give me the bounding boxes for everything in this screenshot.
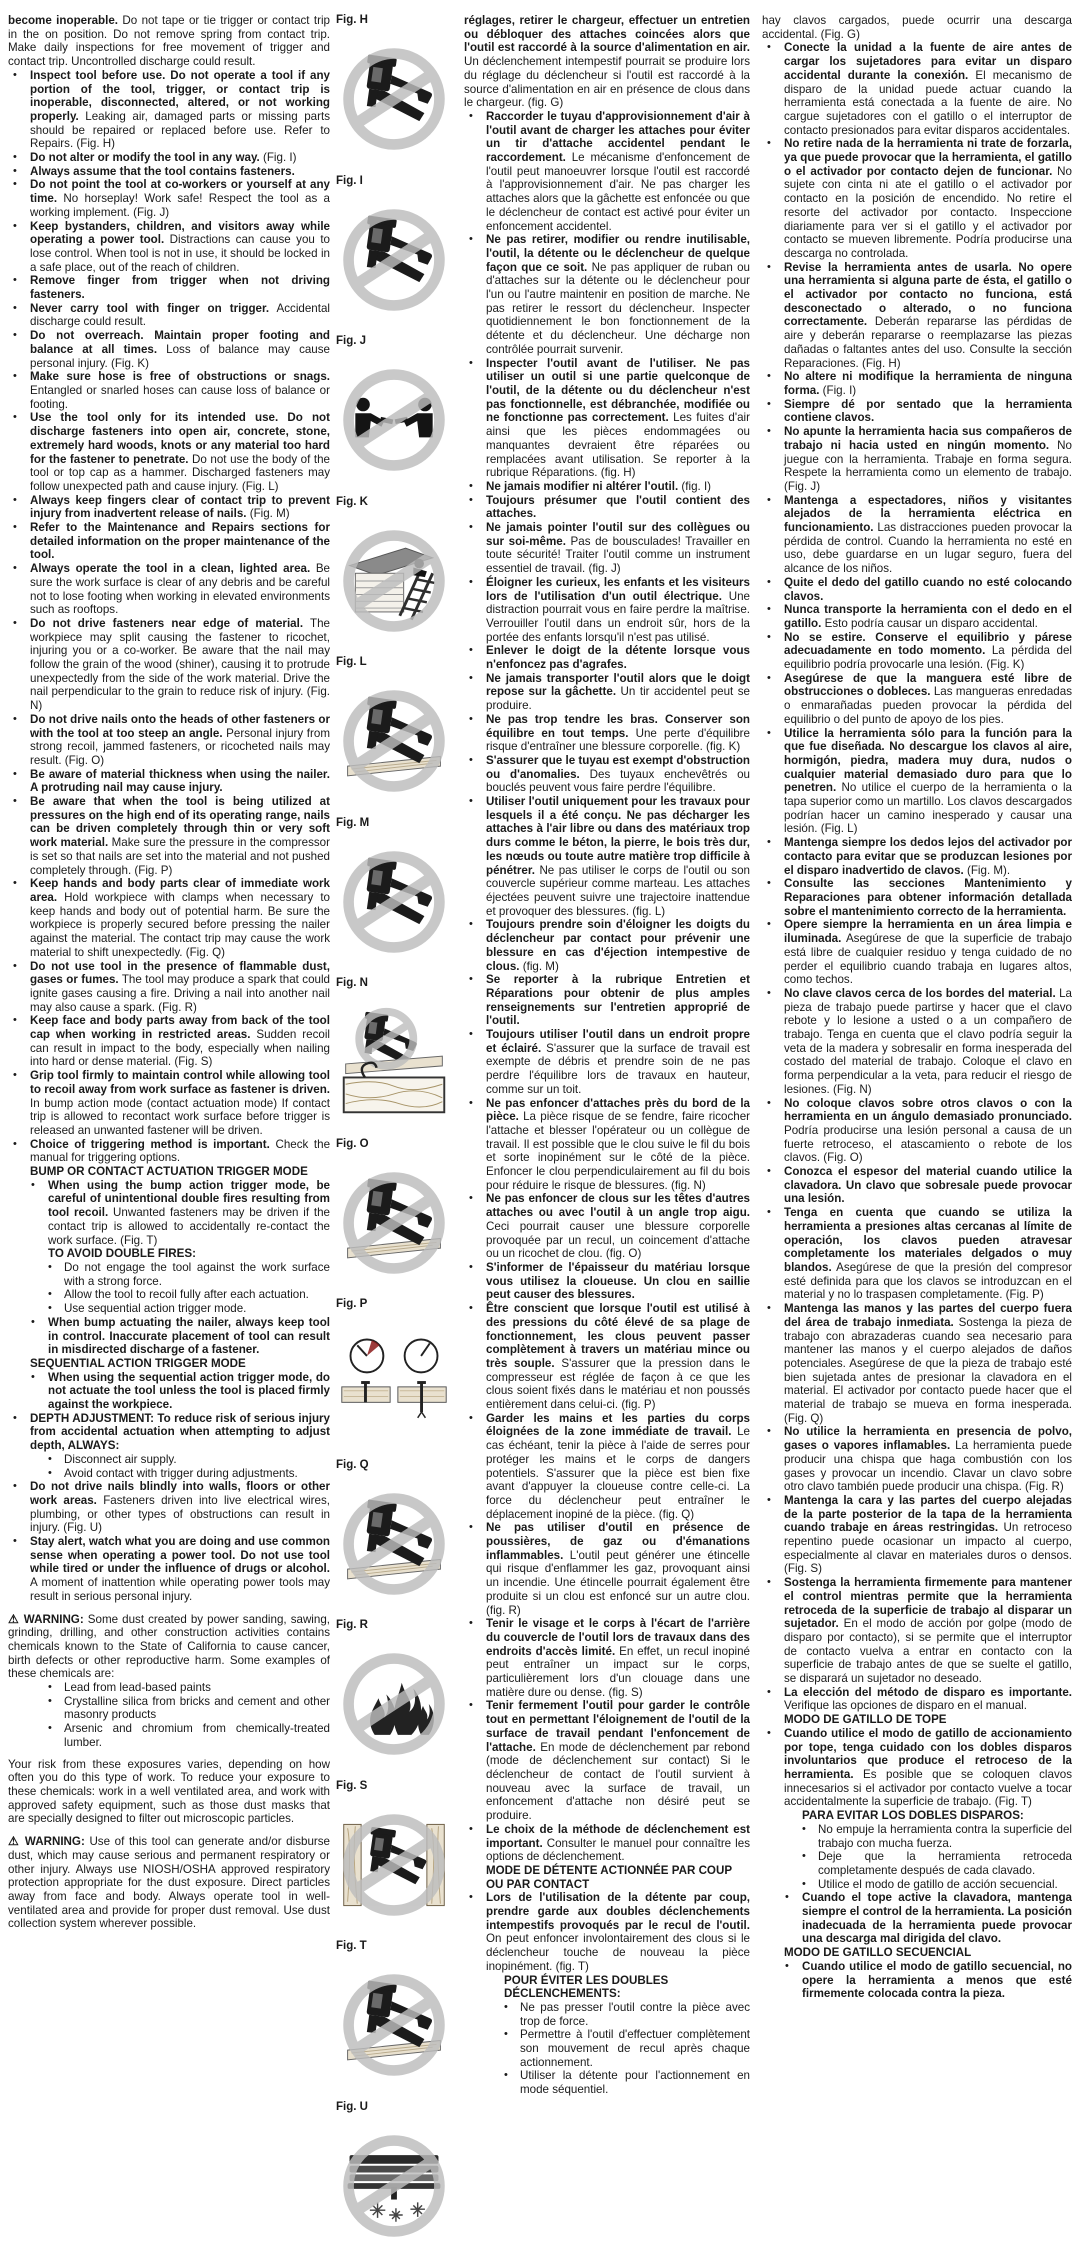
figure-label: Fig. Q (336, 1459, 452, 1472)
list-item: •Opere siempre la herramienta en un área… (762, 918, 1072, 987)
bullet-marker: • (767, 1302, 771, 1316)
lead-bold-text: Consulte las secciones Mantenimiento y R… (784, 877, 1072, 917)
bullet-marker: • (504, 2069, 508, 2083)
lead-bold-text: Quite el dedo del gatillo cuando no esté… (784, 576, 1072, 603)
bullet-marker: • (767, 494, 771, 508)
lead-bold-text: Nunca transporte la herramienta con el d… (784, 603, 1072, 630)
bullet-marker: • (504, 2028, 508, 2042)
bullet-marker: • (13, 69, 17, 83)
list-item: •Toujours présumer que l'outil contient … (464, 494, 750, 521)
blinds-illustration-icon (336, 2116, 452, 2256)
bullet-marker: • (13, 178, 17, 192)
sub-sub-list-item: •Crystalline silica from bricks and ceme… (8, 1695, 330, 1722)
sub-sub-list-item: •Allow the tool to recoil fully after ea… (8, 1288, 330, 1302)
lead-bold-text: Stay alert, watch what you are doing and… (30, 1535, 330, 1575)
bullet-marker: • (767, 1165, 771, 1179)
figure-label: Fig. P (336, 1298, 452, 1311)
bullet-marker: • (13, 617, 17, 631)
sub-sub-list-item: •Arsenic and chromium from chemically-tr… (8, 1722, 330, 1749)
lead-bold-text: Remove finger from trigger when not driv… (30, 274, 330, 301)
bullet-marker: • (469, 1097, 473, 1111)
continued-paragraph: réglages, retirer le chargeur, effectuer… (464, 14, 750, 110)
bullet-marker: • (469, 1891, 473, 1905)
lead-bold-text: Raccorder le tuyau d'approvisionnement d… (486, 110, 750, 164)
bullet-marker: • (48, 1695, 52, 1709)
list-item: •Nunca transporte la herramienta con el … (762, 603, 1072, 630)
sub-sub-list-item: •Utiliser la détente pour l'actionnement… (464, 2069, 750, 2096)
lead-bold-text: POUR ÉVITER LES DOUBLES DÉCLENCHEMENTS: (504, 1974, 668, 2001)
list-item: •Se reporter à la rubrique Entretien et … (464, 973, 750, 1028)
bullet-marker: • (802, 1850, 806, 1864)
list-item: •Ne pas utiliser d'outil en présence de … (464, 1521, 750, 1617)
list-item: •Mantenga la cara y las partes del cuerp… (762, 1494, 1072, 1576)
bullet-marker: • (13, 165, 17, 179)
lead-bold-text: WARNING: (24, 1613, 84, 1626)
lead-bold-text: SEQUENTIAL ACTION TRIGGER MODE (30, 1357, 246, 1370)
sub-list-item: •Cuando utilice el modo de gatillo secue… (762, 1960, 1072, 2001)
bullet-marker: • (767, 1097, 771, 1111)
figure-label: Fig. K (336, 496, 452, 509)
lead-bold-text: Ne pas enfoncer de clous sur les têtes d… (486, 1192, 750, 1219)
list-item: •Conozca el espesor del material cuando … (762, 1165, 1072, 1206)
list-item: •Be aware that when the tool is being ut… (8, 795, 330, 877)
bullet-marker: • (469, 1412, 473, 1426)
lead-bold-text: No se estire. Conserve el equilibrio y p… (784, 631, 1072, 658)
lead-bold-text: Ne pas enfoncer d'attaches près du bord … (486, 1097, 750, 1124)
bullet-marker: • (13, 302, 17, 316)
list-item: •Do not use tool in the presence of flam… (8, 960, 330, 1015)
lead-bold-text: Do not alter or modify the tool in any w… (30, 151, 260, 164)
list-item: •No clave clavos cerca de los bordes del… (762, 987, 1072, 1097)
lead-bold-text: Ne pas retirer, modifier ou rendre inuti… (486, 233, 750, 273)
lead-bold-text: Mantenga la cara y las partes del cuerpo… (784, 1494, 1072, 1534)
lead-bold-text: Tenga en cuenta que cuando se utiliza la… (784, 1206, 1072, 1274)
lead-bold-text: Mantenga siempre los dedos lejos del act… (784, 836, 1072, 876)
lead-bold-text: Éloigner les curieux, les enfants et les… (486, 576, 750, 603)
people-illustration-icon (336, 350, 452, 490)
bullet-marker: • (469, 110, 473, 124)
list-item: •Mantenga a espectadores, niños y visita… (762, 494, 1072, 576)
paragraph: Your risk from these exposures varies, d… (8, 1758, 330, 1827)
bullet-marker: • (469, 918, 473, 932)
lead-bold-text: DEPTH ADJUSTMENT: To reduce risk of seri… (30, 1412, 330, 1452)
list-item: •Always assume that the tool contains fa… (8, 165, 330, 179)
bullet-marker: • (31, 1371, 35, 1385)
bullet-marker: • (13, 713, 17, 727)
lead-bold-text: Sostenga la herramienta firmemente para … (784, 1576, 1072, 1630)
figure-label: Fig. U (336, 2101, 452, 2114)
bullet-marker: • (48, 1261, 52, 1275)
list-item: •La elección del método de disparo es im… (762, 1686, 1072, 1713)
warning-paragraph: ⚠ WARNING: Some dust created by power sa… (8, 1613, 330, 1682)
lead-bold-text: Cuando el tope active la clavadora, mant… (802, 1891, 1072, 1945)
lead-bold-text: Never carry tool with finger on trigger. (30, 302, 269, 315)
figure-i: Fig. I (336, 175, 452, 336)
bullet-marker: • (469, 1028, 473, 1042)
continued-paragraph: become inoperable. Do not tape or tie tr… (8, 14, 330, 69)
lead-bold-text: Do not drive fasteners near edge of mate… (30, 617, 303, 630)
figure-o: Fig. O (336, 1138, 452, 1299)
column-english: become inoperable. Do not tape or tie tr… (8, 14, 330, 2258)
bullet-marker: • (767, 398, 771, 412)
figure-j: Fig. J (336, 335, 452, 496)
lead-bold-text: MODO DE GATILLO SECUENCIAL (784, 1946, 971, 1959)
bullet-marker: • (13, 768, 17, 782)
lead-bold-text: Le choix de la méthode de déclenchement … (486, 1823, 750, 1850)
lead-bold-text: La elección del método de disparo es imp… (784, 1686, 1072, 1699)
lead-bold-text: Être conscient que lorsque l'outil est u… (486, 1302, 750, 1370)
figure-label: Fig. R (336, 1619, 452, 1632)
lead-bold-text: Revise la herramienta antes de usarla. N… (784, 261, 1072, 329)
bullet-marker: • (469, 1261, 473, 1275)
bullet-marker: • (48, 1302, 52, 1316)
bullet-marker: • (767, 425, 771, 439)
lead-bold-text: Siempre dé por sentado que la herramient… (784, 398, 1072, 425)
sub-list-item: •When using the sequential action trigge… (8, 1371, 330, 1412)
lead-bold-text: MODE DE DÉTENTE ACTIONNÉE PAR COUP OU PA… (486, 1864, 732, 1891)
lead-bold-text: Do not drive nails blindly into walls, f… (30, 1480, 330, 1507)
list-item: •Enlever le doigt de la détente lorsque … (464, 644, 750, 671)
lead-bold-text: Always keep fingers clear of contact tri… (30, 494, 330, 521)
bullet-marker: • (469, 1521, 473, 1535)
column-spanish: hay clavos cargados, puede ocurrir una d… (750, 14, 1072, 2258)
lead-bold-text: When using the sequential action trigger… (48, 1371, 330, 1411)
list-item: •Grip tool firmly to maintain control wh… (8, 1069, 330, 1138)
lead-bold-text: Enlever le doigt de la détente lorsque v… (486, 644, 750, 671)
bullet-marker: • (13, 877, 17, 891)
lead-bold-text: Grip tool firmly to maintain control whi… (30, 1069, 330, 1096)
column-figures: Fig. HFig. IFig. JFig. KFig. LFig. MFig.… (330, 14, 454, 2258)
lead-bold-text: S'informer de l'épaisseur du matériau lo… (486, 1261, 750, 1301)
list-item: •Always operate the tool in a clean, lig… (8, 562, 330, 617)
bullet-marker: • (504, 2001, 508, 2015)
figure-k: Fig. K (336, 496, 452, 657)
bullet-marker: • (469, 672, 473, 686)
bullet-marker: • (767, 370, 771, 384)
bullet-marker: • (469, 233, 473, 247)
warning-icon: ⚠ (8, 1612, 24, 1626)
lead-bold-text: Keep hands and body parts clear of immed… (30, 877, 330, 904)
bullet-marker: • (13, 411, 17, 425)
lead-bold-text: PARA EVITAR LOS DOBLES DISPAROS: (802, 1809, 1024, 1822)
figure-q: Fig. Q (336, 1459, 452, 1620)
lead-bold-text: Ne jamais modifier ni altérer l'outil. (486, 480, 678, 493)
lead-bold-text: S'assurer que le tuyau est exempt d'obst… (486, 754, 750, 781)
bullet-marker: • (767, 672, 771, 686)
lead-bold-text: No coloque clavos sobre otros clavos o c… (784, 1097, 1072, 1124)
lead-bold-text: Toujours prendre soin d'éloigner les doi… (486, 918, 750, 972)
nailer-board-illustration-icon (336, 1474, 452, 1614)
column-french: réglages, retirer le chargeur, effectuer… (454, 14, 750, 2258)
bullet-marker: • (469, 576, 473, 590)
lead-bold-text: Do not point the tool at co-workers or y… (30, 178, 330, 205)
section-heading: MODO DE GATILLO SECUENCIAL (762, 1946, 1072, 1960)
bullet-marker: • (469, 795, 473, 809)
house-illustration-icon (336, 511, 452, 651)
list-item: •Cuando utilice el modo de gatillo de ac… (762, 1727, 1072, 1809)
list-item: •Siempre dé por sentado que la herramien… (762, 398, 1072, 425)
lead-bold-text: Make sure hose is free of obstructions o… (30, 370, 330, 383)
bullet-marker: • (469, 973, 473, 987)
section-heading: MODE DE DÉTENTE ACTIONNÉE PAR COUP OU PA… (464, 1864, 750, 1891)
bullet-marker: • (13, 1138, 17, 1152)
bullet-marker: • (13, 274, 17, 288)
lead-bold-text: Choice of triggering method is important… (30, 1138, 270, 1151)
list-item: •Ne pas enfoncer d'attaches près du bord… (464, 1097, 750, 1193)
bullet-marker: • (767, 576, 771, 590)
list-item: •Consulte las secciones Mantenimiento y … (762, 877, 1072, 918)
bullet-marker: • (767, 836, 771, 850)
lead-bold-text: become inoperable. (8, 14, 118, 27)
lead-bold-text: Be aware that when the tool is being uti… (30, 795, 330, 849)
bullet-marker: • (469, 644, 473, 658)
bullet-marker: • (469, 357, 473, 371)
lead-bold-text: Keep face and body parts away from back … (30, 1014, 330, 1041)
list-item: •Never carry tool with finger on trigger… (8, 302, 330, 329)
bullet-marker: • (13, 562, 17, 576)
bullet-marker: • (767, 727, 771, 741)
lead-bold-text: Ne pas utiliser d'outil en présence de p… (486, 1521, 750, 1561)
lead-bold-text: Always operate the tool in a clean, ligh… (30, 562, 310, 575)
lead-bold-text: Toujours présumer que l'outil contient d… (486, 494, 750, 521)
list-item: •Utiliser l'outil uniquement pour les tr… (464, 795, 750, 918)
list-item: •Ne pas trop tendre les bras. Conserver … (464, 713, 750, 754)
nailer-illustration-icon (336, 190, 452, 330)
sub-list-item: •When using the bump action trigger mode… (8, 1179, 330, 1248)
bullet-marker: • (469, 1699, 473, 1713)
bullet-marker: • (802, 1823, 806, 1837)
bullet-marker: • (785, 1960, 789, 1974)
lead-bold-text: réglages, retirer le chargeur, effectuer… (464, 14, 750, 54)
list-item: •Remove finger from trigger when not dri… (8, 274, 330, 301)
list-item: •Always keep fingers clear of contact tr… (8, 494, 330, 521)
bullet-marker: • (13, 1535, 17, 1549)
lead-bold-text: No utilice la herramienta en presencia d… (784, 1425, 1072, 1452)
lead-bold-text: Use the tool only for its intended use. … (30, 411, 330, 465)
list-item: •Keep face and body parts away from back… (8, 1014, 330, 1069)
lead-bold-text: Conozca el espesor del material cuando u… (784, 1165, 1072, 1205)
bullet-marker: • (785, 1891, 789, 1905)
lead-bold-text: Se reporter à la rubrique Entretien et R… (486, 973, 750, 1027)
figure-label: Fig. H (336, 14, 452, 27)
lead-bold-text: Keep bystanders, children, and visitors … (30, 220, 330, 247)
bullet-marker: • (31, 1316, 35, 1330)
list-item: •Garder les mains et les parties du corp… (464, 1412, 750, 1522)
bullet-marker: • (13, 521, 17, 535)
bullet-marker: • (13, 370, 17, 384)
bullet-marker: • (13, 494, 17, 508)
lead-bold-text: WARNING: (25, 1835, 85, 1848)
sub-sub-list-item: •Deje que la herramienta retroceda compl… (762, 1850, 1072, 1877)
section-heading: BUMP OR CONTACT ACTUATION TRIGGER MODE (8, 1165, 330, 1179)
nailer-grain-illustration-icon (336, 992, 452, 1132)
sub-sub-list-item: •Ne pas presser l'outil contre la pièce … (464, 2001, 750, 2028)
figure-u: Fig. U (336, 2101, 452, 2258)
figure-s: Fig. S (336, 1780, 452, 1941)
lead-bold-text: Mantenga las manos y las partes del cuer… (784, 1302, 1072, 1329)
bullet-marker: • (767, 137, 771, 151)
continued-paragraph: hay clavos cargados, puede ocurrir una d… (762, 14, 1072, 41)
lead-bold-text: Opere siempre la herramienta en un área … (784, 918, 1072, 945)
sub-sub-list-item: •Disconnect air supply. (8, 1453, 330, 1467)
bullet-marker: • (469, 1823, 473, 1837)
list-item: •Tenir fermement l'outil pour garder le … (464, 1699, 750, 1822)
list-item: •Le choix de la méthode de déclenchement… (464, 1823, 750, 1864)
list-item: •Ne pas enfoncer de clous sur les têtes … (464, 1192, 750, 1261)
list-item: •Lors de l'utilisation de la détente par… (464, 1891, 750, 1973)
list-item: •Sostenga la herramienta firmemente para… (762, 1576, 1072, 1686)
sub-sub-list-item: •Use sequential action trigger mode. (8, 1302, 330, 1316)
list-item: •Ne pas retirer, modifier ou rendre inut… (464, 233, 750, 356)
list-item: •Stay alert, watch what you are doing an… (8, 1535, 330, 1604)
gauges-illustration-icon (336, 1313, 452, 1453)
lead-bold-text: Cuando utilice el modo de gatillo de acc… (784, 1727, 1072, 1781)
list-item: •S'informer de l'épaisseur du matériau l… (464, 1261, 750, 1302)
lead-bold-text: No altere ni modifique la herramienta de… (784, 370, 1072, 397)
figure-h: Fig. H (336, 14, 452, 175)
list-item: •Raccorder le tuyau d'approvisionnement … (464, 110, 750, 233)
warning-paragraph: ⚠ WARNING: Use of this tool can generate… (8, 1835, 330, 1931)
sub-sub-list-item: •Permettre à l'outil d'effectuer complèt… (464, 2028, 750, 2069)
bullet-marker: • (767, 1686, 771, 1700)
bullet-marker: • (469, 494, 473, 508)
sub-section-heading: PARA EVITAR LOS DOBLES DISPAROS: (762, 1809, 1072, 1823)
list-item: •Keep hands and body parts clear of imme… (8, 877, 330, 959)
list-item: •Conecte la unidad a la fuente de aire a… (762, 41, 1072, 137)
sub-sub-list-item: •Lead from lead-based paints (8, 1681, 330, 1695)
list-item: •No altere ni modifique la herramienta d… (762, 370, 1072, 397)
figure-t: Fig. T (336, 1940, 452, 2101)
list-item: •Ne jamais pointer l'outil sur des collè… (464, 521, 750, 576)
figure-p: Fig. P (336, 1298, 452, 1459)
bullet-marker: • (767, 41, 771, 55)
warning-icon: ⚠ (8, 1834, 25, 1848)
studs-illustration-icon (336, 1795, 452, 1935)
lead-bold-text: No clave clavos cerca de los bordes del … (784, 987, 1056, 1000)
nailer-illustration-icon (336, 832, 452, 972)
manual-page: become inoperable. Do not tape or tie tr… (0, 0, 1080, 2258)
lead-bold-text: Be aware of material thickness when usin… (30, 768, 330, 795)
lead-bold-text: Inspecter l'outil avant de l'utiliser. N… (486, 357, 750, 425)
lead-bold-text: Inspect tool before use. Do not operate … (30, 69, 330, 123)
bullet-marker: • (13, 151, 17, 165)
list-item: •Toujours utiliser l'outil dans un endro… (464, 1028, 750, 1097)
list-item: •Quite el dedo del gatillo cuando no est… (762, 576, 1072, 603)
list-item: •Inspecter l'outil avant de l'utiliser. … (464, 357, 750, 480)
figure-label: Fig. N (336, 977, 452, 990)
list-item: •Tenir le visage et le corps à l'écart d… (464, 1617, 750, 1699)
bullet-marker: • (802, 1878, 806, 1892)
bullet-marker: • (13, 1014, 17, 1028)
lead-bold-text: Ne jamais pointer l'outil sur des collèg… (486, 521, 750, 548)
lead-bold-text: Do not use tool in the presence of flamm… (30, 960, 330, 987)
bullet-marker: • (48, 1288, 52, 1302)
list-item: •Choice of triggering method is importan… (8, 1138, 330, 1165)
sub-sub-list-item: •Utilice el modo de gatillo de acción se… (762, 1878, 1072, 1892)
bullet-marker: • (767, 1425, 771, 1439)
list-item: •No apunte la herramienta hacia sus comp… (762, 425, 1072, 494)
bullet-marker: • (469, 1192, 473, 1206)
lead-bold-text: Do not overreach. Maintain proper footin… (30, 329, 330, 356)
list-item: •Do not drive nails blindly into walls, … (8, 1480, 330, 1535)
list-item: •Do not drive fasteners near edge of mat… (8, 617, 330, 713)
lead-bold-text: Ne jamais transporter l'outil alors que … (486, 672, 750, 699)
lead-bold-text: Asegúrese de que la manguera esté libre … (784, 672, 1072, 699)
bullet-marker: • (767, 1206, 771, 1220)
lead-bold-text: Conecte la unidad a la fuente de aire an… (784, 41, 1072, 81)
bullet-marker: • (767, 631, 771, 645)
bullet-marker: • (469, 1617, 473, 1631)
bullet-marker: • (767, 261, 771, 275)
nailer-board-illustration-icon (336, 671, 452, 811)
figure-label: Fig. O (336, 1138, 452, 1151)
lead-bold-text: BUMP OR CONTACT ACTUATION TRIGGER MODE (30, 1165, 308, 1178)
list-item: •Asegúrese de que la manguera esté libre… (762, 672, 1072, 727)
sub-sub-list-item: •Avoid contact with trigger during adjus… (8, 1467, 330, 1481)
nailer-illustration-icon (336, 29, 452, 169)
sub-list-item: •When bump actuating the nailer, always … (8, 1316, 330, 1357)
figure-label: Fig. T (336, 1940, 452, 1953)
bullet-marker: • (767, 1494, 771, 1508)
lead-bold-text: MODO DE GATILLO DE TOPE (784, 1713, 947, 1726)
list-item: •Tenga en cuenta que cuando se utiliza l… (762, 1206, 1072, 1302)
list-item: •Ne jamais modifier ni altérer l'outil. … (464, 480, 750, 494)
nailer-board-illustration-icon (336, 1955, 452, 2095)
figure-label: Fig. M (336, 817, 452, 830)
list-item: •Éloigner les curieux, les enfants et le… (464, 576, 750, 645)
lead-bold-text: Always assume that the tool contains fas… (30, 165, 295, 178)
list-item: •Keep bystanders, children, and visitors… (8, 220, 330, 275)
list-item: •Mantenga las manos y las partes del cue… (762, 1302, 1072, 1425)
bullet-marker: • (469, 1302, 473, 1316)
list-item: •Use the tool only for its intended use.… (8, 411, 330, 493)
bullet-marker: • (48, 1681, 52, 1695)
bullet-marker: • (48, 1467, 52, 1481)
bullet-marker: • (13, 220, 17, 234)
list-item: •Utilice la herramienta sólo para la fun… (762, 727, 1072, 837)
list-item: •DEPTH ADJUSTMENT: To reduce risk of ser… (8, 1412, 330, 1453)
list-item: •Be aware of material thickness when usi… (8, 768, 330, 795)
lead-bold-text: No apunte la herramienta hacia sus compa… (784, 425, 1072, 452)
list-item: •Toujours prendre soin d'éloigner les do… (464, 918, 750, 973)
sub-section-heading: POUR ÉVITER LES DOUBLES DÉCLENCHEMENTS: (464, 1974, 750, 2001)
list-item: •Ne jamais transporter l'outil alors que… (464, 672, 750, 713)
lead-bold-text: Do not drive nails onto the heads of oth… (30, 713, 330, 740)
section-heading: MODO DE GATILLO DE TOPE (762, 1713, 1072, 1727)
bullet-marker: • (767, 1576, 771, 1590)
lead-bold-text: Lors de l'utilisation de la détente par … (486, 1891, 750, 1931)
lead-bold-text: Mantenga a espectadores, niños y visitan… (784, 494, 1072, 534)
list-item: •No retire nada de la herramienta ni tra… (762, 137, 1072, 260)
lead-bold-text: Cuando utilice el modo de gatillo secuen… (802, 1960, 1072, 2000)
sub-sub-list-item: •Do not engage the tool against the work… (8, 1261, 330, 1288)
list-item: •Inspect tool before use. Do not operate… (8, 69, 330, 151)
list-item: •No utilice la herramienta en presencia … (762, 1425, 1072, 1494)
bullet-marker: • (767, 603, 771, 617)
list-item: •S'assurer que le tuyau est exempt d'obs… (464, 754, 750, 795)
list-item: •No coloque clavos sobre otros clavos o … (762, 1097, 1072, 1166)
lead-bold-text: No retire nada de la herramienta ni trat… (784, 137, 1072, 177)
sub-section-heading: TO AVOID DOUBLE FIRES: (8, 1247, 330, 1261)
lead-bold-text: Toujours utiliser l'outil dans un endroi… (486, 1028, 750, 1055)
list-item: •Do not drive nails onto the heads of ot… (8, 713, 330, 768)
lead-bold-text: Ne pas trop tendre les bras. Conserver s… (486, 713, 750, 740)
bullet-marker: • (13, 960, 17, 974)
figure-m: Fig. M (336, 817, 452, 978)
figure-label: Fig. I (336, 175, 452, 188)
figure-r: Fig. R (336, 1619, 452, 1780)
bullet-marker: • (469, 754, 473, 768)
